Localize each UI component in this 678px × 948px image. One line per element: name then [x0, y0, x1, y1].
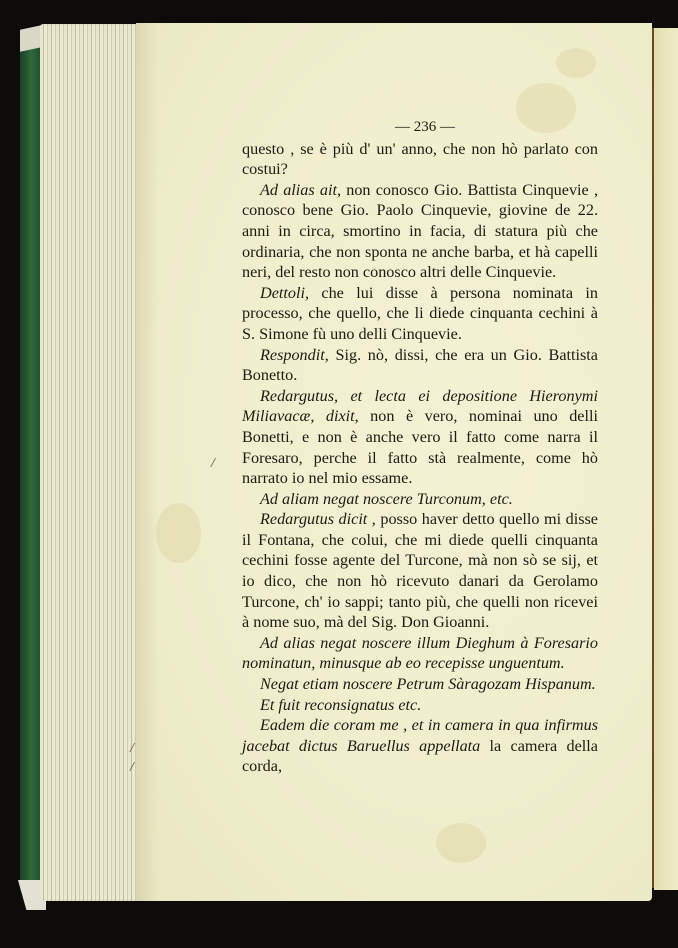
page-edge-stack: [40, 24, 140, 901]
italic-run: Ad alias negat noscere illum Dieghum à F…: [242, 634, 598, 673]
italic-run: Redargutus dicit ,: [260, 510, 376, 528]
facing-page-edge: [654, 28, 678, 890]
margin-mark: /: [130, 760, 134, 776]
paragraph: Dettoli, che lui disse à persona nominat…: [242, 283, 598, 345]
italic-run: Dettoli,: [260, 284, 309, 302]
text-run: questo , se è più d' un' anno, che non h…: [242, 140, 598, 179]
paragraph: Ad aliam negat noscere Turconum, etc.: [242, 489, 598, 510]
paragraph: Ad alias ait, non conosco Gio. Battista …: [242, 180, 598, 283]
foxing-stain: [436, 823, 486, 863]
paragraph: Respondit, Sig. nò, dissi, che era un Gi…: [242, 345, 598, 386]
margin-mark: /: [211, 456, 215, 472]
paragraph: Redargutus dicit , posso haver detto que…: [242, 509, 598, 633]
italic-run: Ad alias ait,: [260, 181, 341, 199]
margin-mark: /: [130, 741, 134, 757]
italic-run: Respondit,: [260, 346, 329, 364]
foxing-stain: [556, 48, 596, 78]
italic-run: Ad aliam negat noscere Turconum, etc.: [260, 490, 513, 508]
page-number: — 236 —: [242, 117, 598, 138]
paragraph: Eadem die coram me , et in camera in qua…: [242, 715, 598, 777]
page-text: — 236 — questo , se è più d' un' anno, c…: [242, 117, 598, 777]
foxing-stain: [156, 503, 201, 563]
paragraph: Et fuit reconsignatus etc.: [242, 695, 598, 716]
text-run: posso haver detto quello mi disse il Fon…: [242, 510, 598, 631]
paragraph: Redargutus, et lecta ei depositione Hier…: [242, 386, 598, 489]
paragraph: Ad alias negat noscere illum Dieghum à F…: [242, 633, 598, 674]
book-cover-green: [20, 36, 42, 891]
paragraph: Negat etiam noscere Petrum Sàragozam His…: [242, 674, 598, 695]
italic-run: Et fuit reconsignatus etc.: [260, 696, 421, 714]
italic-run: Negat etiam noscere Petrum Sàragozam His…: [260, 675, 596, 693]
paragraph-list: questo , se è più d' un' anno, che non h…: [242, 139, 598, 777]
paragraph: questo , se è più d' un' anno, che non h…: [242, 139, 598, 180]
